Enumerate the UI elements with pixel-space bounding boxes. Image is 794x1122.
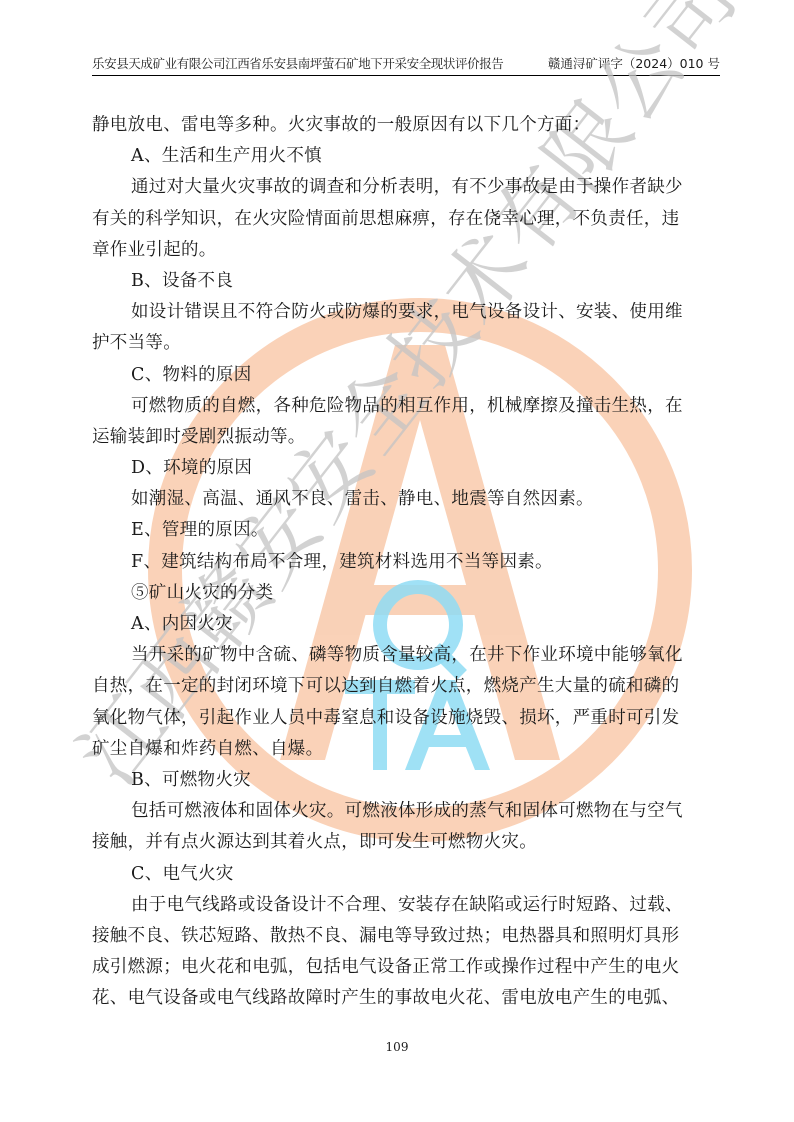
text-line: 如潮湿、高温、通风不良、雷击、静电、地震等自然因素。 — [92, 484, 720, 515]
page-header: 乐安县天成矿业有限公司江西省乐安县南坪萤石矿地下开采安全现状评价报告 赣通浔矿评… — [92, 57, 720, 76]
text-line: E、管理的原因。 — [92, 515, 720, 546]
text-line: 由于电气线路或设备设计不合理、安装存在缺陷或运行时短路、过载、 — [92, 890, 720, 921]
text-line: 氧化物气体，引起作业人员中毒窒息和设备设施烧毁、损坏，严重时可引发 — [92, 703, 720, 734]
text-line: 自热，在一定的封闭环境下可以达到自燃着火点，燃烧产生大量的硫和磷的 — [92, 671, 720, 702]
document-number: 赣通浔矿评字（2024）010 号 — [548, 57, 720, 71]
report-title: 乐安县天成矿业有限公司江西省乐安县南坪萤石矿地下开采安全现状评价报告 — [92, 57, 503, 71]
text-line: 如设计错误且不符合防火或防爆的要求，电气设备设计、安装、使用维 — [92, 297, 720, 328]
text-line: C、物料的原因 — [92, 360, 720, 391]
text-line: 成引燃源；电火花和电弧，包括电气设备正常工作或操作过程中产生的电火 — [92, 952, 720, 983]
text-line: 花、电气设备或电气线路故障时产生的事故电火花、雷电放电产生的电弧、 — [92, 983, 720, 1014]
text-line: A、生活和生产用火不慎 — [92, 141, 720, 172]
text-line: 当开采的矿物中含硫、磷等物质含量较高，在井下作业环境中能够氧化 — [92, 640, 720, 671]
document-body: 静电放电、雷电等多种。火灾事故的一般原因有以下几个方面：A、生活和生产用火不慎通… — [92, 110, 720, 1014]
page-number: 109 — [0, 1040, 794, 1054]
text-line: 章作业引起的。 — [92, 235, 720, 266]
text-line: F、建筑结构布局不合理，建筑材料选用不当等因素。 — [92, 547, 720, 578]
text-line: ⑤矿山火灾的分类 — [92, 578, 720, 609]
text-line: 通过对大量火灾事故的调查和分析表明，有不少事故是由于操作者缺少 — [92, 172, 720, 203]
text-line: 可燃物质的自燃，各种危险物品的相互作用，机械摩擦及撞击生热，在 — [92, 391, 720, 422]
text-line: 接触不良、铁芯短路、散热不良、漏电等导致过热；电热器具和照明灯具形 — [92, 921, 720, 952]
text-line: C、电气火灾 — [92, 859, 720, 890]
text-line: 接触，并有点火源达到其着火点，即可发生可燃物火灾。 — [92, 827, 720, 858]
text-line: B、可燃物火灾 — [92, 765, 720, 796]
text-line: 运输装卸时受剧烈振动等。 — [92, 422, 720, 453]
text-line: 静电放电、雷电等多种。火灾事故的一般原因有以下几个方面： — [92, 110, 720, 141]
text-line: 有关的科学知识，在火灾险情面前思想麻痹，存在侥幸心理，不负责任，违 — [92, 204, 720, 235]
text-line: A、内因火灾 — [92, 609, 720, 640]
text-line: B、设备不良 — [92, 266, 720, 297]
text-line: 包括可燃液体和固体火灾。可燃液体形成的蒸气和固体可燃物在与空气 — [92, 796, 720, 827]
text-line: D、环境的原因 — [92, 453, 720, 484]
text-line: 矿尘自爆和炸药自燃、自爆。 — [92, 734, 720, 765]
text-line: 护不当等。 — [92, 328, 720, 359]
